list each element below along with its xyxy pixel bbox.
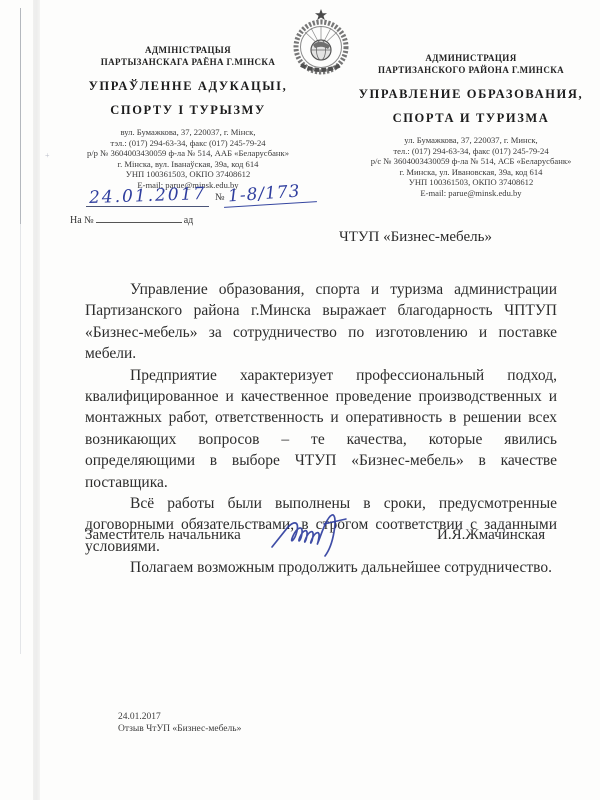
- reply-blank-line: [96, 213, 182, 223]
- letterhead-right-column: АДМИНИСТРАЦИЯ ПАРТИЗАНСКОГО РАЙОНА Г.МИН…: [352, 52, 590, 199]
- reference-block: 24.01.2017 № 1-8/173 На №ад: [65, 186, 325, 231]
- dept-name-by-1: УПРАЎЛЕННЕ АДУКАЦЫІ,: [57, 79, 319, 94]
- address-line: г. Мінска, вул. Іванаўская, 39а, код 614: [57, 159, 319, 170]
- address-line: г. Минска, ул. Ивановская, 39а, код 614: [352, 167, 590, 178]
- address-line: УНП 100361503, ОКПО 37408612: [57, 169, 319, 180]
- address-line: р/с № 3604003430059 ф-ла № 514, АСБ «Бел…: [352, 156, 590, 167]
- address-block-ru: ул. Бумажкова, 37, 220037, г. Минск, тел…: [352, 135, 590, 199]
- scanned-letter-page: + АДМІНІСТРАЦЫЯ ПАРТЫЗАНСКАГА РАЁНА Г.МІ…: [0, 0, 600, 800]
- org-name-by-1: АДМІНІСТРАЦЫЯ: [57, 44, 319, 56]
- address-line: тел.: (017) 294-63-34, факс (017) 245-79…: [352, 146, 590, 157]
- handwritten-date: 24.01.2017: [89, 184, 207, 208]
- reply-suffix: ад: [184, 215, 194, 226]
- scan-speck: +: [45, 151, 50, 160]
- number-label: №: [215, 192, 225, 203]
- address-line: вул. Бумажкова, 37, 220037, г. Мінск,: [57, 127, 319, 138]
- dept-name-by-2: СПОРТУ І ТУРЫЗМУ: [57, 103, 319, 118]
- signer-title: Заместитель начальника: [85, 527, 241, 544]
- org-name-ru-1: АДМИНИСТРАЦИЯ: [352, 52, 590, 64]
- address-block-by: вул. Бумажкова, 37, 220037, г. Мінск, тэ…: [57, 127, 319, 191]
- address-line: E-mail: parue@minsk.edu.by: [352, 188, 590, 199]
- footer-subject: Отзыв ЧтУП «Бизнес-мебель»: [118, 723, 241, 735]
- paragraph: Предприятие характеризует профессиональн…: [85, 365, 557, 493]
- recipient: ЧТУП «Бизнес-мебель»: [339, 229, 492, 246]
- signer-name: И.Я.Жмачинская: [437, 527, 545, 544]
- reply-label: На №: [70, 215, 94, 226]
- letterhead-left-column: АДМІНІСТРАЦЫЯ ПАРТЫЗАНСКАГА РАЁНА Г.МІНС…: [57, 44, 319, 191]
- dept-name-ru-1: УПРАВЛЕНИЕ ОБРАЗОВАНИЯ,: [352, 87, 590, 102]
- reply-to-line: На №ад: [70, 213, 193, 226]
- footer-date: 24.01.2017: [118, 711, 241, 723]
- address-line: тэл.: (017) 294-63-34, факс (017) 245-79…: [57, 138, 319, 149]
- org-name-ru-2: ПАРТИЗАНСКОГО РАЙОНА Г.МИНСКА: [352, 64, 590, 76]
- footer-note: 24.01.2017 Отзыв ЧтУП «Бизнес-мебель»: [118, 711, 241, 735]
- dept-name-ru-2: СПОРТА И ТУРИЗМА: [352, 111, 590, 126]
- address-line: УНП 100361503, ОКПО 37408612: [352, 177, 590, 188]
- org-name-by-2: ПАРТЫЗАНСКАГА РАЁНА Г.МІНСКА: [57, 56, 319, 68]
- scan-fold-line: [20, 8, 21, 224]
- scan-fold-line-faint: [20, 224, 21, 654]
- paragraph: Управление образования, спорта и туризма…: [85, 279, 557, 365]
- address-line: р/р № 3604003430059 ф-ла № 514, ААБ «Бел…: [57, 148, 319, 159]
- scan-edge-band: [33, 0, 40, 800]
- date-underline: [86, 206, 209, 207]
- address-line: ул. Бумажкова, 37, 220037, г. Минск,: [352, 135, 590, 146]
- handwritten-signature-icon: [268, 503, 358, 568]
